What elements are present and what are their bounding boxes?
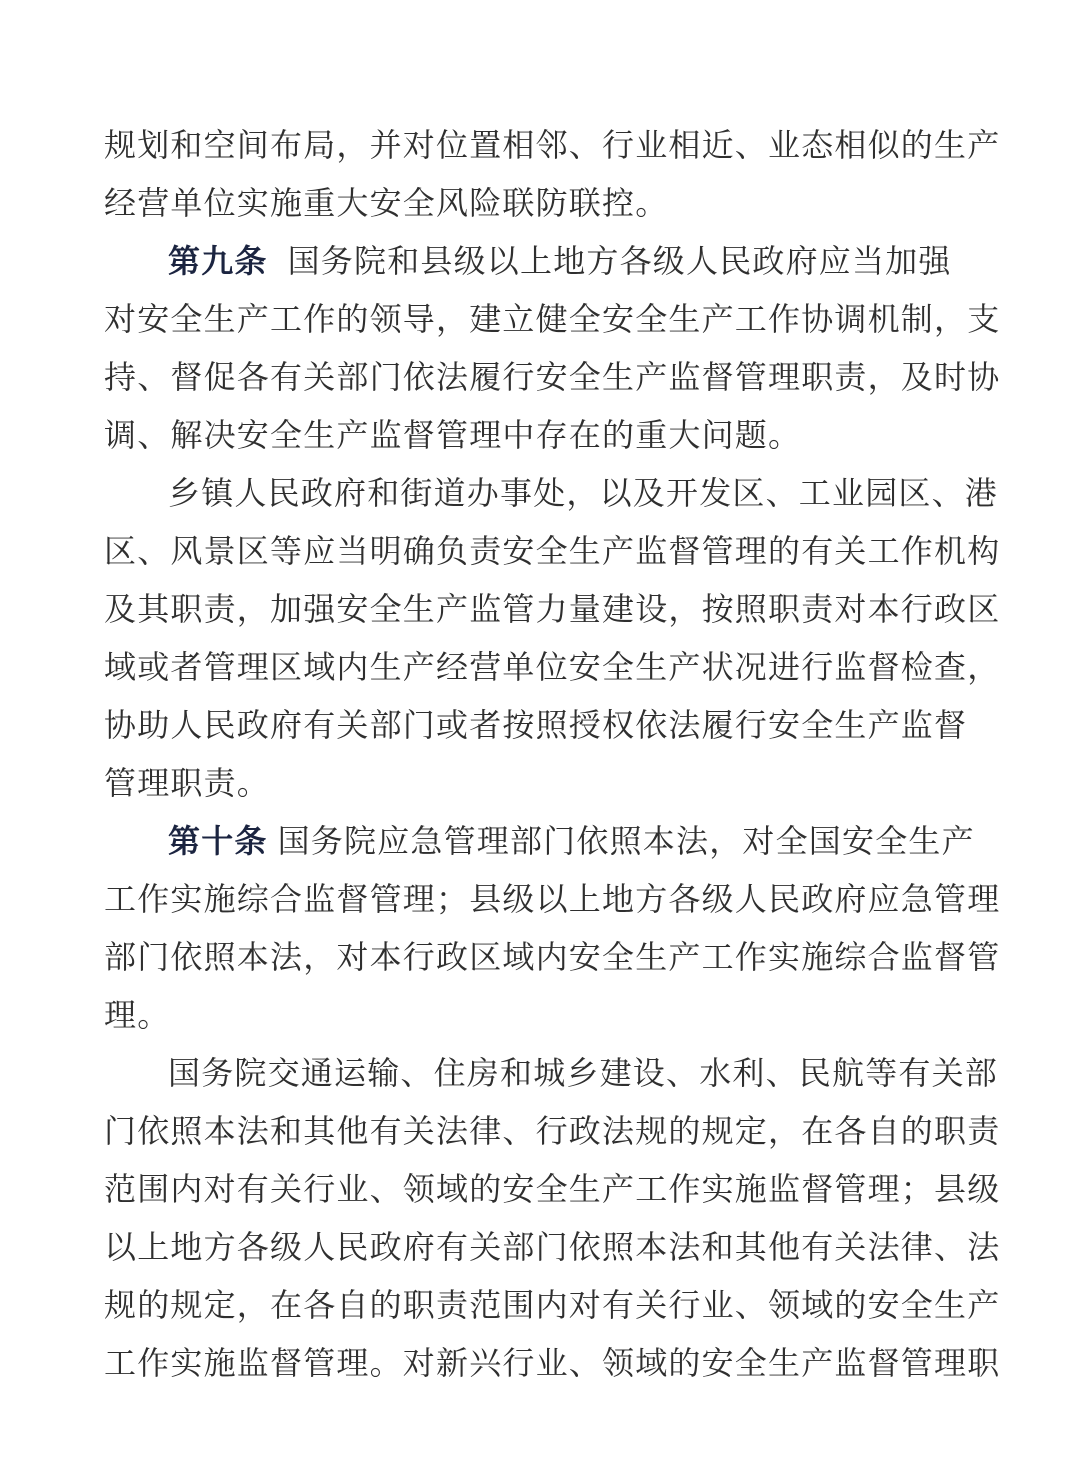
text-span: 国务院应急管理部门依照本法，对全国安全生产 <box>278 822 975 860</box>
text-line: 对安全生产工作的领导，建立健全安全生产工作协调机制，支 <box>104 290 978 348</box>
text-line: 部门依照本法，对本行政区域内安全生产工作实施综合监督管 <box>104 928 978 986</box>
text-line: 规划和空间布局，并对位置相邻、行业相近、业态相似的生产 <box>104 116 978 174</box>
text-line: 范围内对有关行业、领域的安全生产工作实施监督管理；县级 <box>104 1160 978 1218</box>
text-line: 规的规定，在各自的职责范围内对有关行业、领域的安全生产 <box>104 1276 978 1334</box>
text-line: 第十条国务院应急管理部门依照本法，对全国安全生产 <box>104 812 978 870</box>
text-line: 理。 <box>104 986 978 1044</box>
paragraph-continuation: 规划和空间布局，并对位置相邻、行业相近、业态相似的生产 经营单位实施重大安全风险… <box>104 116 978 232</box>
text-line: 国务院交通运输、住房和城乡建设、水利、民航等有关部 <box>104 1044 978 1102</box>
text-line: 以上地方各级人民政府有关部门依照本法和其他有关法律、法 <box>104 1218 978 1276</box>
text-line: 区、风景区等应当明确负责安全生产监督管理的有关工作机构 <box>104 522 978 580</box>
paragraph-township: 乡镇人民政府和街道办事处，以及开发区、工业园区、港 区、风景区等应当明确负责安全… <box>104 464 978 812</box>
article-heading: 第九条 <box>168 242 268 280</box>
text-span: 国务院和县级以上地方各级人民政府应当加强 <box>288 242 952 280</box>
text-line: 协助人民政府有关部门或者按照授权依法履行安全生产监督 <box>104 696 978 754</box>
text-line: 域或者管理区域内生产经营单位安全生产状况进行监督检查， <box>104 638 978 696</box>
text-line: 持、督促各有关部门依法履行安全生产监督管理职责，及时协 <box>104 348 978 406</box>
article-9-paragraph: 第九条国务院和县级以上地方各级人民政府应当加强 对安全生产工作的领导，建立健全安… <box>104 232 978 464</box>
text-line: 工作实施监督管理。对新兴行业、领域的安全生产监督管理职 <box>104 1334 978 1392</box>
text-line: 及其职责，加强安全生产监管力量建设，按照职责对本行政区 <box>104 580 978 638</box>
text-line: 门依照本法和其他有关法律、行政法规的规定，在各自的职责 <box>104 1102 978 1160</box>
text-line: 乡镇人民政府和街道办事处，以及开发区、工业园区、港 <box>104 464 978 522</box>
article-10-paragraph: 第十条国务院应急管理部门依照本法，对全国安全生产 工作实施综合监督管理；县级以上… <box>104 812 978 1044</box>
text-line: 工作实施综合监督管理；县级以上地方各级人民政府应急管理 <box>104 870 978 928</box>
text-line: 管理职责。 <box>104 754 978 812</box>
article-heading: 第十条 <box>168 822 268 860</box>
document-page: 规划和空间布局，并对位置相邻、行业相近、业态相似的生产 经营单位实施重大安全风险… <box>104 116 978 1392</box>
paragraph-departments: 国务院交通运输、住房和城乡建设、水利、民航等有关部 门依照本法和其他有关法律、行… <box>104 1044 978 1392</box>
text-line: 经营单位实施重大安全风险联防联控。 <box>104 174 978 232</box>
text-line: 第九条国务院和县级以上地方各级人民政府应当加强 <box>104 232 978 290</box>
text-line: 调、解决安全生产监督管理中存在的重大问题。 <box>104 406 978 464</box>
